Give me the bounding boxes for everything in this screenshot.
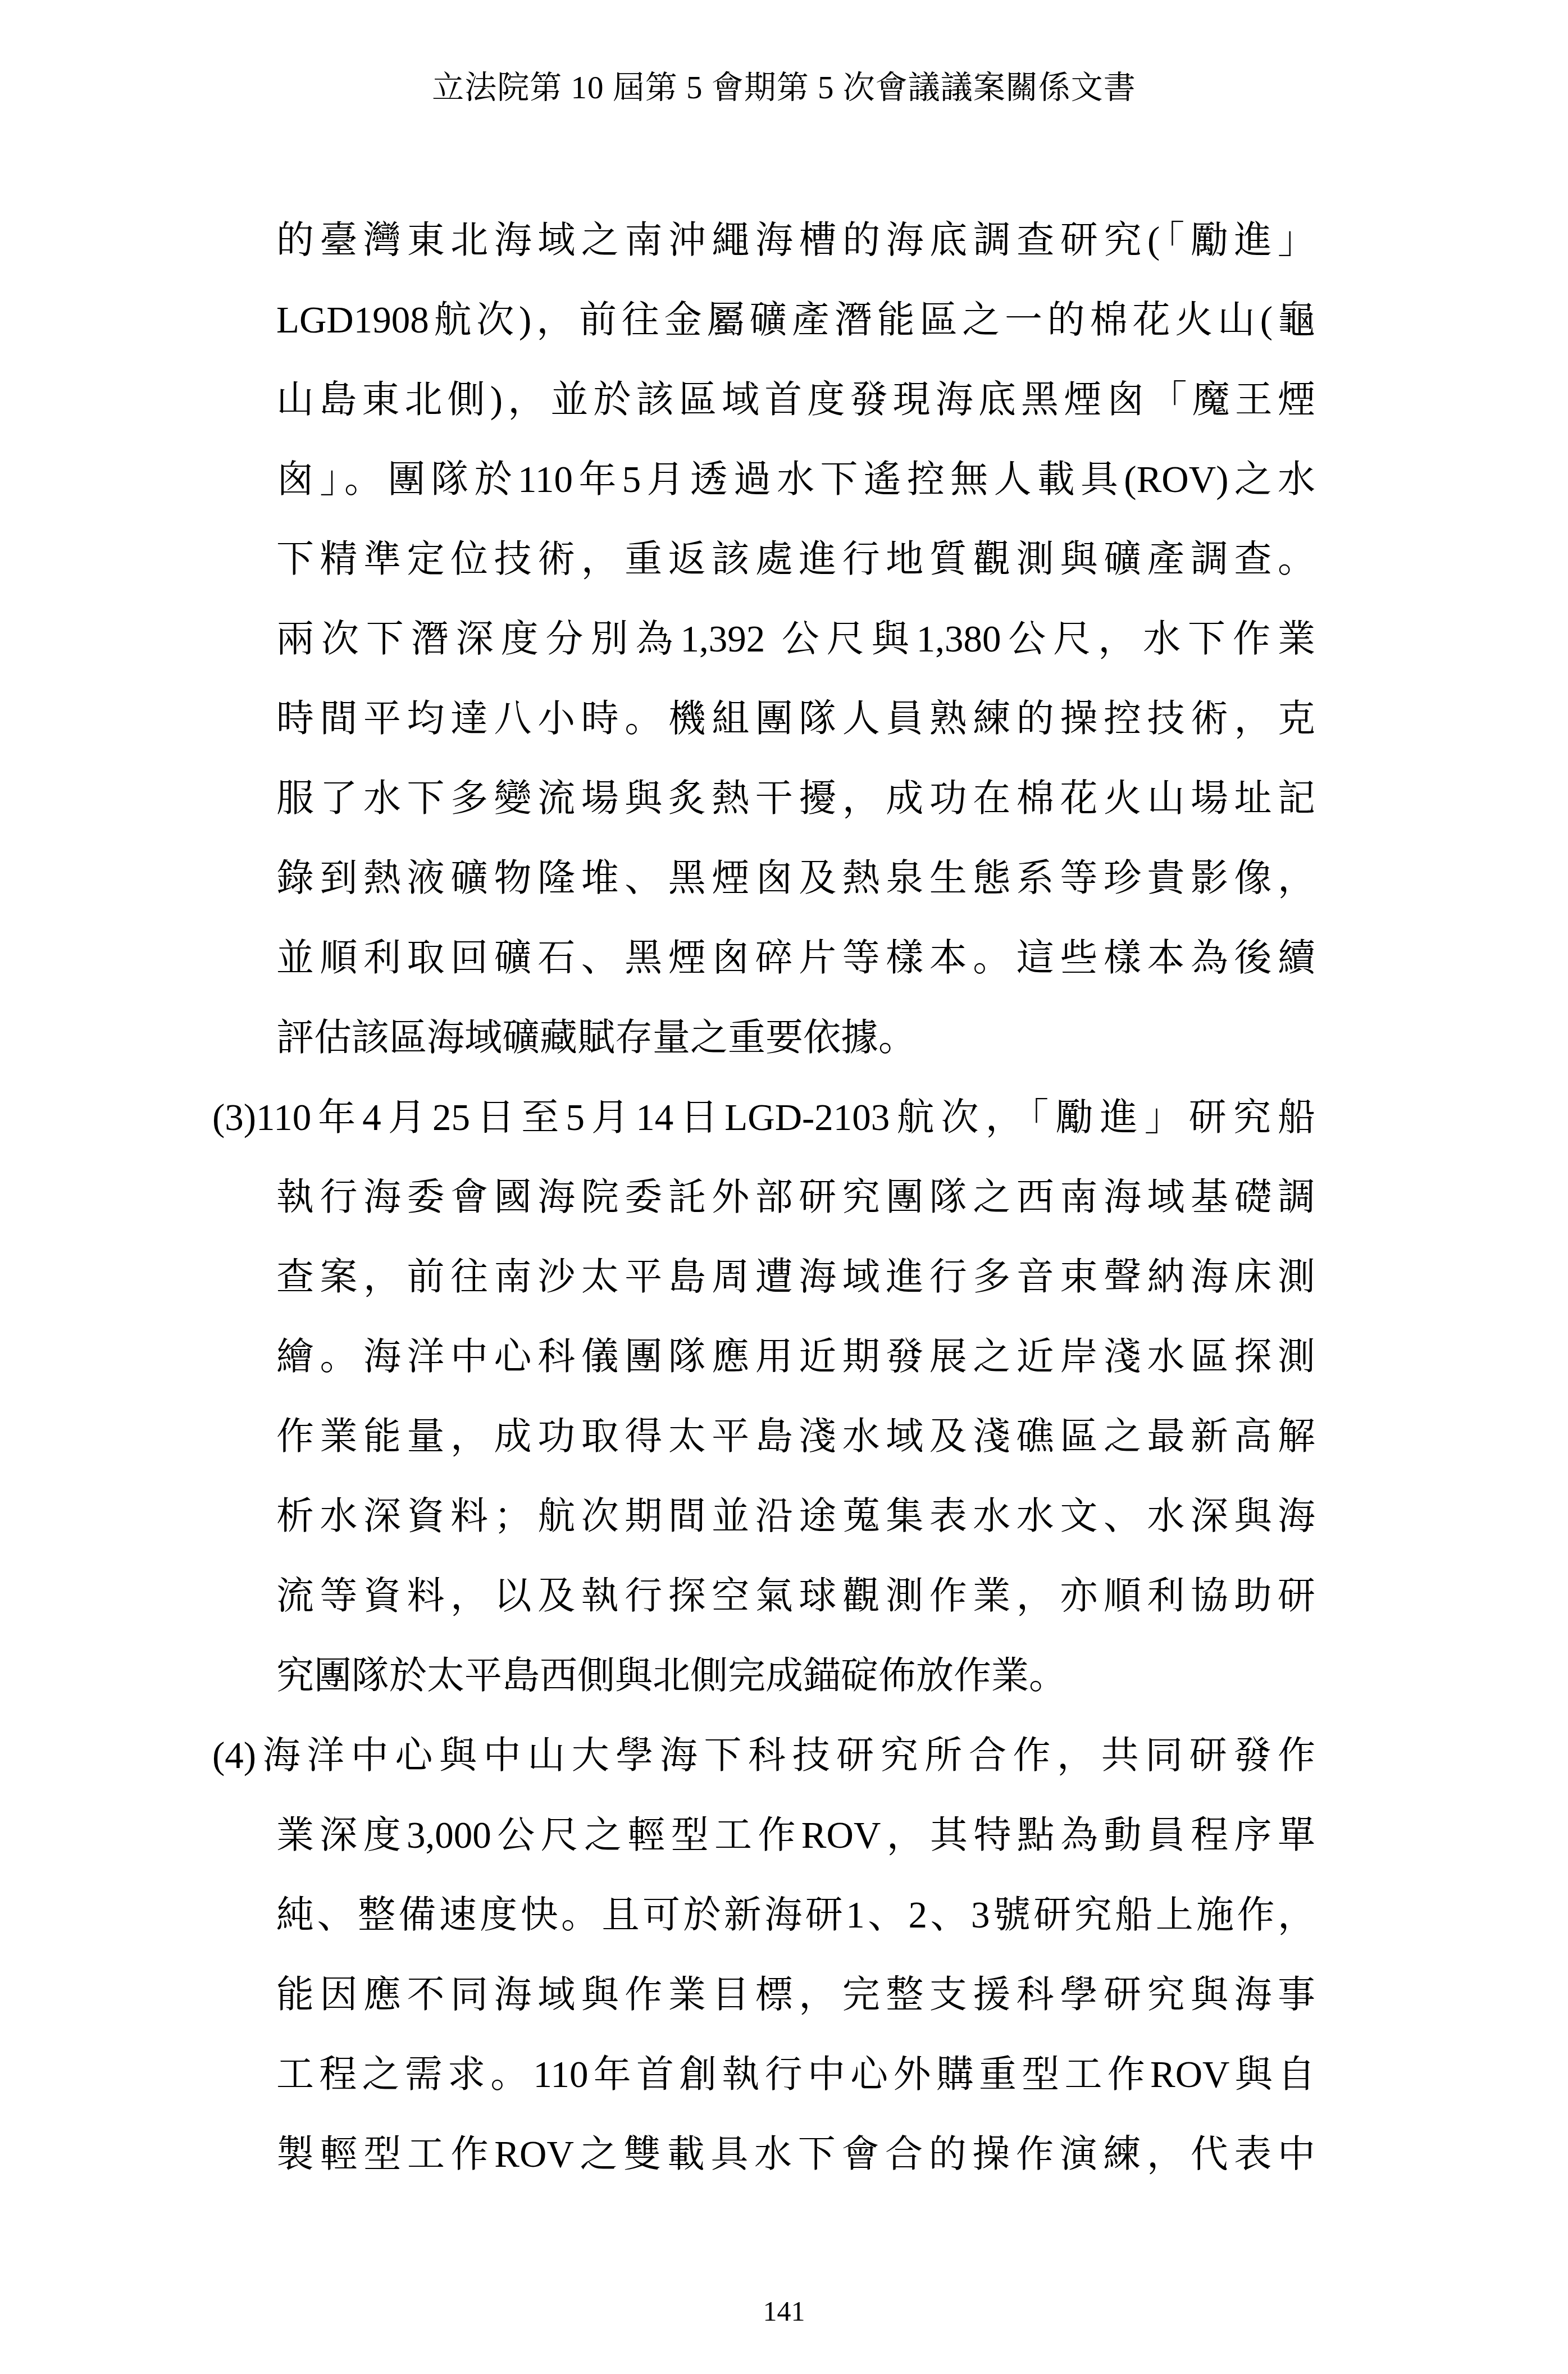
text-line: 繪。海洋中心科儀團隊應用近期發展之近岸淺水區探測 <box>212 1317 1315 1397</box>
text-line: 時間平均達八小時。機組團隊人員熟練的操控技術，克 <box>212 679 1315 759</box>
text-line: 究團隊於太平島西側與北側完成錨碇佈放作業。 <box>212 1636 1315 1716</box>
text-line: 製輕型工作ROV之雙載具水下會合的操作演練，代表中 <box>212 2115 1315 2194</box>
text-line: 工程之需求。110年首創執行中心外購重型工作ROV與自 <box>212 2035 1315 2115</box>
page-header: 立法院第 10 屆第 5 會期第 5 次會議議案關係文書 <box>0 69 1568 108</box>
document-page: 立法院第 10 屆第 5 會期第 5 次會議議案關係文書 的臺灣東北海域之南沖繩… <box>0 0 1568 2374</box>
text-line: 評估該區海域礦藏賦存量之重要依據。 <box>212 998 1315 1078</box>
text-line: 能因應不同海域與作業目標，完整支援科學研究與海事 <box>212 1955 1315 2035</box>
page-number: 141 <box>0 2294 1568 2328</box>
text-line: 作業能量，成功取得太平島淺水域及淺礁區之最新高解 <box>212 1397 1315 1477</box>
text-line: 查案，前往南沙太平島周遭海域進行多音束聲納海床測 <box>212 1237 1315 1317</box>
text-line: 並順利取回礦石、黑煙囪碎片等樣本。這些樣本為後續 <box>212 918 1315 998</box>
document-body: 的臺灣東北海域之南沖繩海槽的海底調查研究(「勵進」 LGD1908航次)，前往金… <box>212 201 1315 2194</box>
text-line: 下精準定位技術，重返該處進行地質觀測與礦產調查。 <box>212 520 1315 599</box>
text-line: 兩次下潛深度分別為1,392 公尺與1,380公尺，水下作業 <box>212 599 1315 679</box>
text-line: 析水深資料；航次期間並沿途蒐集表水水文、水深與海 <box>212 1477 1315 1556</box>
text-line: 錄到熱液礦物隆堆、黑煙囪及熱泉生態系等珍貴影像， <box>212 839 1315 918</box>
text-line: 業深度3,000公尺之輕型工作ROV，其特點為動員程序單 <box>212 1796 1315 1875</box>
text-line: 山島東北側)，並於該區域首度發現海底黑煙囪「魔王煙 <box>212 360 1315 440</box>
text-line: (4)海洋中心與中山大學海下科技研究所合作，共同研發作 <box>212 1716 1315 1796</box>
text-line: 囪」。團隊於110年5月透過水下遙控無人載具(ROV)之水 <box>212 440 1315 520</box>
text-line: 流等資料，以及執行探空氣球觀測作業，亦順利協助研 <box>212 1556 1315 1636</box>
text-line: 純、整備速度快。且可於新海研1、2、3號研究船上施作， <box>212 1875 1315 1955</box>
text-line: LGD1908航次)，前往金屬礦產潛能區之一的棉花火山(龜 <box>212 280 1315 360</box>
text-line: 的臺灣東北海域之南沖繩海槽的海底調查研究(「勵進」 <box>212 201 1315 280</box>
text-line: 執行海委會國海院委託外部研究團隊之西南海域基礎調 <box>212 1158 1315 1237</box>
text-line: 服了水下多變流場與炙熱干擾，成功在棉花火山場址記 <box>212 759 1315 839</box>
text-line: (3)110年4月25日至5月14日LGD-2103航次，「勵進」研究船 <box>212 1078 1315 1158</box>
